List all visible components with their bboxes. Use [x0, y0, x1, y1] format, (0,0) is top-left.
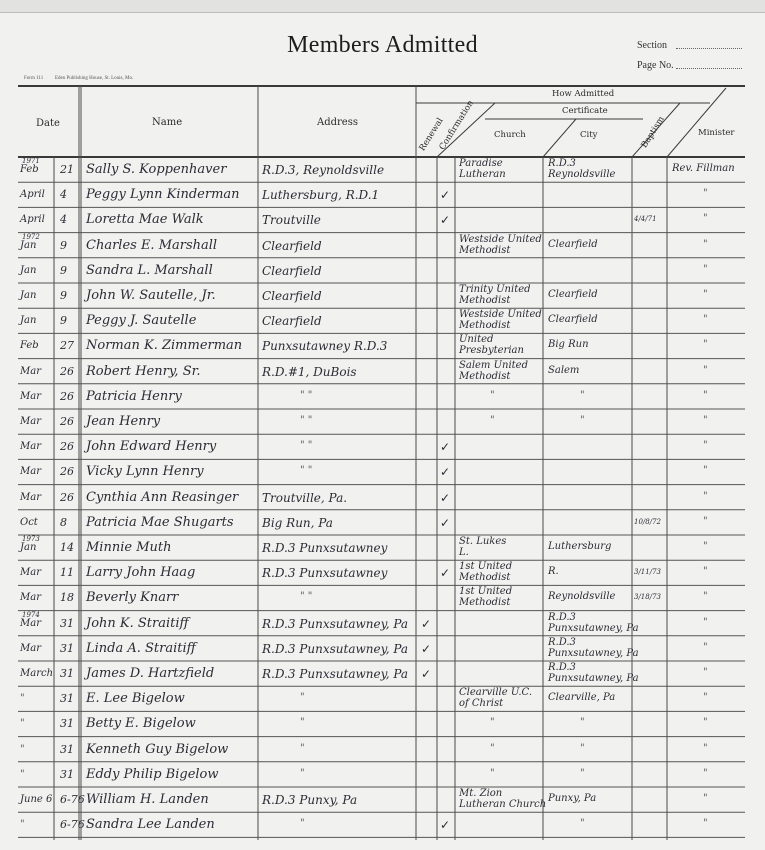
- entry-address: " ": [300, 466, 312, 476]
- entry-church: Westside United: [459, 235, 542, 245]
- entry-address: R.D.3 Punxsutawney: [262, 567, 387, 579]
- entry-day: 21: [60, 164, 74, 175]
- entry-address: R.D.3, Reynoldsville: [262, 164, 384, 176]
- entry-day: 26: [60, 466, 74, 477]
- entry-minister: ": [703, 466, 708, 476]
- entry-confirmation-check: ✓: [440, 819, 450, 831]
- entry-church-line2: of Christ: [459, 699, 503, 709]
- entry-city: Punxy, Pa: [548, 794, 596, 804]
- entry-minister: ": [703, 618, 708, 628]
- entry-church-line2: Methodist: [459, 372, 510, 382]
- entry-month: Mar: [20, 568, 41, 578]
- entry-address: ": [300, 744, 305, 754]
- entry-month: Mar: [20, 493, 41, 503]
- entry-day: 9: [60, 265, 67, 276]
- entry-name: Jean Henry: [86, 415, 160, 428]
- entry-city: ": [580, 769, 585, 779]
- entry-month: ": [20, 694, 25, 704]
- entry-city: ": [580, 819, 585, 829]
- entry-day: 26: [60, 416, 74, 427]
- entry-name: Patricia Mae Shugarts: [86, 516, 234, 529]
- entry-city: Clearville, Pa: [548, 693, 615, 703]
- entry-month: Mar: [20, 367, 41, 377]
- entry-address: Punxsutawney R.D.3: [262, 340, 387, 352]
- entry-name: Linda A. Straitiff: [86, 642, 196, 655]
- entry-minister: ": [703, 290, 708, 300]
- entry-name: Sandra L. Marshall: [86, 264, 213, 277]
- entry-minister: ": [703, 567, 708, 577]
- entry-day: 26: [60, 492, 74, 503]
- entry-church-line2: Methodist: [459, 246, 510, 256]
- entry-name: Cynthia Ann Reasinger: [86, 491, 238, 504]
- column-header-certificate: Certificate: [562, 106, 608, 116]
- entry-church-line2: Presbyterian: [459, 346, 524, 356]
- entry-day: 6-76: [60, 819, 85, 830]
- entry-month: Jan: [20, 241, 36, 251]
- entry-day: 4: [60, 214, 67, 225]
- entry-baptism-date: 4/4/71: [634, 216, 657, 223]
- entry-minister: ": [703, 769, 708, 779]
- entry-name: Vicky Lynn Henry: [86, 465, 204, 478]
- entry-city: R.D.3: [548, 613, 576, 623]
- entry-city: R.D.3: [548, 159, 576, 169]
- entry-minister: ": [703, 366, 708, 376]
- entry-city: Clearfield: [548, 290, 598, 300]
- entry-church-line2: Lutheran Church: [459, 800, 546, 810]
- entry-confirmation-check: ✓: [440, 466, 450, 478]
- entry-church: ": [490, 744, 495, 754]
- entry-church-line2: L.: [459, 548, 469, 558]
- entry-minister: ": [703, 592, 708, 602]
- entry-month: Feb: [20, 165, 39, 175]
- entry-day: 31: [60, 744, 74, 755]
- entry-month: April: [20, 215, 45, 225]
- entry-day: 26: [60, 391, 74, 402]
- entry-month: Mar: [20, 442, 41, 452]
- entry-city: Reynoldsville: [548, 592, 615, 602]
- entry-confirmation-check: ✓: [440, 214, 450, 226]
- entry-city: Clearfield: [548, 240, 598, 250]
- entry-city: R.D.3: [548, 663, 576, 673]
- entry-city-line2: Punxsutawney, Pa: [548, 624, 639, 634]
- entry-minister: ": [703, 315, 708, 325]
- entry-confirmation-check: ✓: [440, 441, 450, 453]
- entry-address: R.D.3 Punxsutawney: [262, 542, 387, 554]
- entry-city: Clearfield: [548, 315, 598, 325]
- entry-minister: ": [703, 794, 708, 804]
- entry-address: ": [300, 718, 305, 728]
- entry-day: 9: [60, 240, 67, 251]
- entry-name: Kenneth Guy Bigelow: [86, 743, 228, 756]
- column-header-how-admitted: How Admitted: [552, 89, 614, 99]
- entry-address: ": [300, 769, 305, 779]
- entry-minister: ": [703, 517, 708, 527]
- entry-city: R.D.3: [548, 638, 576, 648]
- entry-name: Betty E. Bigelow: [86, 717, 196, 730]
- entry-confirmation-check: ✓: [440, 189, 450, 201]
- column-header-name: Name: [152, 117, 182, 128]
- entry-church: ": [490, 769, 495, 779]
- entry-address: Troutville: [262, 214, 321, 226]
- entry-church: ": [490, 416, 495, 426]
- entry-minister: ": [703, 693, 708, 703]
- entry-month: Feb: [20, 341, 39, 351]
- entry-church: St. Lukes: [459, 537, 506, 547]
- entry-address: Clearfield: [262, 290, 322, 302]
- entry-minister: ": [703, 441, 708, 451]
- entry-address: Big Run, Pa: [262, 517, 333, 529]
- entry-month: Jan: [20, 291, 36, 301]
- entry-city-line2: Punxsutawney, Pa: [548, 649, 639, 659]
- entry-name: William H. Landen: [86, 793, 209, 806]
- entry-address: R.D.#1, DuBois: [262, 366, 357, 378]
- entry-minister: ": [703, 240, 708, 250]
- entry-month: Jan: [20, 316, 36, 326]
- entry-city: Luthersburg: [548, 542, 611, 552]
- entry-name: John W. Sautelle, Jr.: [86, 289, 216, 302]
- entry-church-line2: Lutheran: [459, 170, 506, 180]
- entry-month: June 6: [20, 795, 52, 805]
- entry-address: Troutville, Pa.: [262, 492, 347, 504]
- entry-name: Beverly Knarr: [86, 591, 178, 604]
- entry-church: Clearville U.C.: [459, 688, 532, 698]
- entry-city-line2: Reynoldsville: [548, 170, 615, 180]
- entry-name: Norman K. Zimmerman: [86, 339, 242, 352]
- entry-church: ": [490, 718, 495, 728]
- entry-month: Mar: [20, 392, 41, 402]
- entry-month: March: [20, 669, 53, 679]
- entry-day: 14: [60, 542, 74, 553]
- entry-confirmation-check: ✓: [440, 492, 450, 504]
- entry-month: April: [20, 190, 45, 200]
- entry-church-line2: Methodist: [459, 598, 510, 608]
- entry-city: ": [580, 416, 585, 426]
- entry-city: ": [580, 391, 585, 401]
- entry-address: Clearfield: [262, 240, 322, 252]
- entry-renewal-check: ✓: [421, 668, 431, 680]
- entry-minister: ": [703, 265, 708, 275]
- entry-name: Eddy Philip Bigelow: [86, 768, 219, 781]
- entry-minister: ": [703, 718, 708, 728]
- entry-address: R.D.3 Punxsutawney, Pa: [262, 618, 408, 630]
- entry-name: E. Lee Bigelow: [86, 692, 185, 705]
- entry-minister: ": [703, 492, 708, 502]
- entry-name: Robert Henry, Sr.: [86, 365, 201, 378]
- entry-address: " ": [300, 592, 312, 602]
- entry-confirmation-check: ✓: [440, 517, 450, 529]
- entry-name: Sandra Lee Landen: [86, 818, 215, 831]
- entry-church-line2: Methodist: [459, 296, 510, 306]
- entry-day: 11: [60, 567, 74, 578]
- entry-month: ": [20, 770, 25, 780]
- entry-minister: ": [703, 668, 708, 678]
- entry-month: Mar: [20, 593, 41, 603]
- entry-address: Clearfield: [262, 265, 322, 277]
- entry-church: Westside United: [459, 310, 542, 320]
- entry-month: Oct: [20, 518, 38, 528]
- entry-day: 9: [60, 290, 67, 301]
- entry-city: Salem: [548, 366, 579, 376]
- entry-address: R.D.3 Punxsutawney, Pa: [262, 668, 408, 680]
- entry-day: 31: [60, 718, 74, 729]
- entry-church: Trinity United: [459, 285, 531, 295]
- entry-name: John Edward Henry: [86, 440, 216, 453]
- entry-minister: ": [703, 643, 708, 653]
- entry-day: 6-76: [60, 794, 85, 805]
- entry-name: John K. Straitiff: [86, 617, 189, 630]
- column-header-date: Date: [36, 118, 60, 129]
- entry-address: Clearfield: [262, 315, 322, 327]
- entry-month: Mar: [20, 644, 41, 654]
- entry-month: Mar: [20, 619, 41, 629]
- entry-day: 18: [60, 592, 74, 603]
- entry-month: Jan: [20, 266, 36, 276]
- entry-day: 9: [60, 315, 67, 326]
- entry-month: Mar: [20, 417, 41, 427]
- entry-day: 4: [60, 189, 67, 200]
- column-header-city: City: [580, 130, 597, 140]
- entry-city: ": [580, 718, 585, 728]
- entry-address: " ": [300, 391, 312, 401]
- entry-church-line2: Methodist: [459, 321, 510, 331]
- entry-name: Patricia Henry: [86, 390, 182, 403]
- entry-day: 31: [60, 668, 74, 679]
- entry-minister: ": [703, 819, 708, 829]
- entry-minister: ": [703, 391, 708, 401]
- entry-day: 31: [60, 643, 74, 654]
- entry-baptism-date: 10/8/72: [634, 519, 661, 526]
- entry-minister: ": [703, 744, 708, 754]
- entry-church: Paradise: [459, 159, 503, 169]
- entry-church: 1st United: [459, 587, 512, 597]
- entry-baptism-date: 3/18/73: [634, 594, 661, 601]
- entry-minister: Rev. Fillman: [672, 164, 735, 174]
- entry-minister: ": [703, 416, 708, 426]
- entry-name: Loretta Mae Walk: [86, 213, 204, 226]
- entry-name: Sally S. Koppenhaver: [86, 163, 226, 176]
- entry-renewal-check: ✓: [421, 643, 431, 655]
- entry-day: 26: [60, 441, 74, 452]
- entry-month: Jan: [20, 543, 36, 553]
- entry-church: 1st United: [459, 562, 512, 572]
- entry-minister: ": [703, 340, 708, 350]
- entry-renewal-check: ✓: [421, 618, 431, 630]
- entry-address: Luthersburg, R.D.1: [262, 189, 379, 201]
- entry-address: ": [300, 693, 305, 703]
- entry-month: ": [20, 820, 25, 830]
- entry-confirmation-check: ✓: [440, 567, 450, 579]
- column-header-church: Church: [494, 130, 526, 140]
- entry-church: Mt. Zion: [459, 789, 502, 799]
- entry-day: 31: [60, 693, 74, 704]
- entry-address: R.D.3 Punxsutawney, Pa: [262, 643, 408, 655]
- entry-day: 31: [60, 618, 74, 629]
- entry-minister: ": [703, 542, 708, 552]
- entry-city: Big Run: [548, 340, 589, 350]
- entry-name: Peggy J. Sautelle: [86, 314, 196, 327]
- entry-address: ": [300, 819, 305, 829]
- entry-city: R.: [548, 567, 559, 577]
- entry-name: James D. Hartzfield: [86, 667, 214, 680]
- column-header-address: Address: [317, 117, 358, 128]
- entry-name: Minnie Muth: [86, 541, 171, 554]
- entry-address: " ": [300, 441, 312, 451]
- entry-day: 31: [60, 769, 74, 780]
- entry-month: Mar: [20, 467, 41, 477]
- column-header-minister: Minister: [698, 128, 735, 138]
- entry-name: Charles E. Marshall: [86, 239, 217, 252]
- entry-city-line2: Punxsutawney, Pa: [548, 674, 639, 684]
- entry-minister: ": [703, 214, 708, 224]
- entry-day: 8: [60, 517, 67, 528]
- entry-address: " ": [300, 416, 312, 426]
- entry-baptism-date: 3/11/73: [634, 569, 661, 576]
- entry-month: ": [20, 745, 25, 755]
- entry-day: 27: [60, 340, 74, 351]
- entry-church-line2: Methodist: [459, 573, 510, 583]
- entry-church: Salem United: [459, 361, 528, 371]
- entry-church: ": [490, 391, 495, 401]
- entry-month: ": [20, 719, 25, 729]
- entry-minister: ": [703, 189, 708, 199]
- entry-church: United: [459, 335, 493, 345]
- entry-address: R.D.3 Punxy, Pa: [262, 794, 357, 806]
- entry-city: ": [580, 744, 585, 754]
- entry-name: Peggy Lynn Kinderman: [86, 188, 240, 201]
- entry-name: Larry John Haag: [86, 566, 195, 579]
- entry-day: 26: [60, 366, 74, 377]
